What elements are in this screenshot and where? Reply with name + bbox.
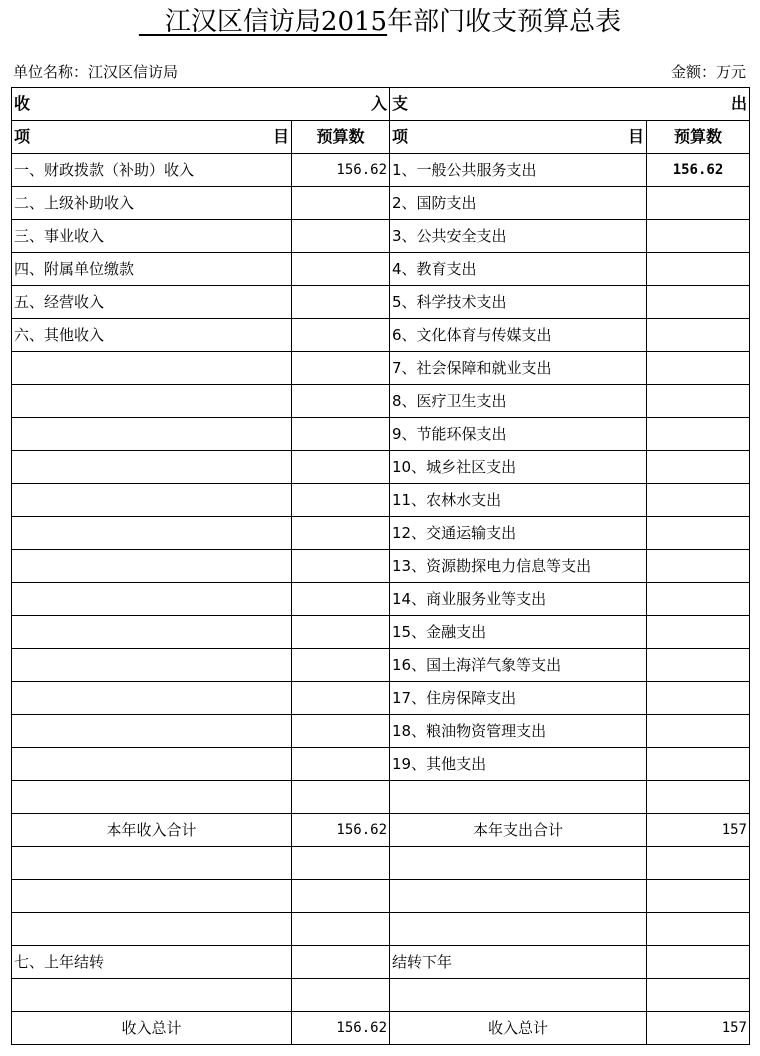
table-row: 15、金融支出 bbox=[12, 616, 750, 649]
expense-item: 1、一般公共服务支出 bbox=[390, 154, 647, 187]
income-item bbox=[12, 781, 292, 814]
expense-item: 14、商业服务业等支出 bbox=[390, 583, 647, 616]
income-value bbox=[292, 187, 390, 220]
expense-value bbox=[647, 748, 750, 781]
expense-value bbox=[647, 715, 750, 748]
expense-value bbox=[647, 583, 750, 616]
blank-row bbox=[12, 913, 750, 946]
carryover-row: 七、上年结转结转下年 bbox=[12, 946, 750, 979]
income-item bbox=[12, 550, 292, 583]
blank-cell bbox=[647, 880, 750, 913]
grand-total-row: 收入总计156.62收入总计157 bbox=[12, 1012, 750, 1045]
blank-cell bbox=[12, 880, 292, 913]
next-year-carryover-label: 结转下年 bbox=[390, 946, 647, 979]
expense-item: 11、农林水支出 bbox=[390, 484, 647, 517]
income-item bbox=[12, 748, 292, 781]
income-item bbox=[12, 418, 292, 451]
page-title: 江汉区信访局2015年部门收支预算总表 bbox=[0, 4, 760, 40]
year-total-row: 本年收入合计156.62本年支出合计157 bbox=[12, 814, 750, 847]
income-section-header: 收入 bbox=[12, 88, 390, 121]
blank-cell bbox=[390, 913, 647, 946]
income-value bbox=[292, 286, 390, 319]
expense-item: 15、金融支出 bbox=[390, 616, 647, 649]
prior-year-carryover-value bbox=[292, 946, 390, 979]
expense-item: 5、科学技术支出 bbox=[390, 286, 647, 319]
expense-item: 4、教育支出 bbox=[390, 253, 647, 286]
income-value bbox=[292, 451, 390, 484]
income-item bbox=[12, 385, 292, 418]
income-value: 156.62 bbox=[292, 154, 390, 187]
income-value bbox=[292, 253, 390, 286]
income-value bbox=[292, 748, 390, 781]
blank-cell bbox=[292, 913, 390, 946]
expense-item: 12、交通运输支出 bbox=[390, 517, 647, 550]
blank-cell bbox=[292, 847, 390, 880]
income-item bbox=[12, 583, 292, 616]
table-row: 18、粮油物资管理支出 bbox=[12, 715, 750, 748]
expense-item: 7、社会保障和就业支出 bbox=[390, 352, 647, 385]
amount-unit: 金额：万元 bbox=[671, 62, 746, 82]
income-item bbox=[12, 484, 292, 517]
income-budget-header: 预算数 bbox=[292, 121, 390, 154]
expense-item bbox=[390, 781, 647, 814]
grand-expense-total-label: 收入总计 bbox=[390, 1012, 647, 1045]
prior-year-carryover-label: 七、上年结转 bbox=[12, 946, 292, 979]
expense-item: 2、国防支出 bbox=[390, 187, 647, 220]
blank-cell bbox=[12, 979, 292, 1012]
income-value bbox=[292, 484, 390, 517]
expense-value bbox=[647, 286, 750, 319]
blank-cell bbox=[647, 979, 750, 1012]
income-value bbox=[292, 418, 390, 451]
expense-value bbox=[647, 418, 750, 451]
year-income-total-label: 本年收入合计 bbox=[12, 814, 292, 847]
blank-cell bbox=[647, 913, 750, 946]
income-value bbox=[292, 319, 390, 352]
expense-item-header: 项目 bbox=[390, 121, 647, 154]
income-item bbox=[12, 616, 292, 649]
income-value bbox=[292, 517, 390, 550]
income-item: 一、财政拨款（补助）收入 bbox=[12, 154, 292, 187]
table-row: 14、商业服务业等支出 bbox=[12, 583, 750, 616]
expense-item: 18、粮油物资管理支出 bbox=[390, 715, 647, 748]
income-item bbox=[12, 649, 292, 682]
table-row: 六、其他收入6、文化体育与传媒支出 bbox=[12, 319, 750, 352]
section-header-row: 收入 支出 bbox=[12, 88, 750, 121]
table-row: 一、财政拨款（补助）收入156.621、一般公共服务支出156.62 bbox=[12, 154, 750, 187]
table-row: 12、交通运输支出 bbox=[12, 517, 750, 550]
unit-name: 单位名称：江汉区信访局 bbox=[13, 62, 178, 82]
expense-value bbox=[647, 451, 750, 484]
budget-table: 收入 支出 项目 预算数 项目 预算数 一、财政拨款（补助）收入156.621、… bbox=[11, 87, 750, 1045]
expense-value bbox=[647, 649, 750, 682]
table-row: 7、社会保障和就业支出 bbox=[12, 352, 750, 385]
blank-row bbox=[12, 880, 750, 913]
table-row: 10、城乡社区支出 bbox=[12, 451, 750, 484]
income-item: 三、事业收入 bbox=[12, 220, 292, 253]
expense-item: 17、住房保障支出 bbox=[390, 682, 647, 715]
expense-item: 3、公共安全支出 bbox=[390, 220, 647, 253]
expense-budget-header: 预算数 bbox=[647, 121, 750, 154]
grand-income-total-value: 156.62 bbox=[292, 1012, 390, 1045]
income-item: 四、附属单位缴款 bbox=[12, 253, 292, 286]
expense-value bbox=[647, 616, 750, 649]
blank-row bbox=[12, 847, 750, 880]
income-item-header: 项目 bbox=[12, 121, 292, 154]
income-value bbox=[292, 781, 390, 814]
expense-value bbox=[647, 484, 750, 517]
income-item: 二、上级补助收入 bbox=[12, 187, 292, 220]
income-item bbox=[12, 715, 292, 748]
expense-value bbox=[647, 253, 750, 286]
blank-cell bbox=[12, 913, 292, 946]
table-row: 13、资源勘探电力信息等支出 bbox=[12, 550, 750, 583]
expense-item: 13、资源勘探电力信息等支出 bbox=[390, 550, 647, 583]
income-value bbox=[292, 616, 390, 649]
expense-value bbox=[647, 385, 750, 418]
blank-cell bbox=[647, 847, 750, 880]
income-value bbox=[292, 550, 390, 583]
table-row bbox=[12, 781, 750, 814]
expense-section-header: 支出 bbox=[390, 88, 750, 121]
income-value bbox=[292, 682, 390, 715]
blank-cell bbox=[390, 979, 647, 1012]
table-row: 四、附属单位缴款4、教育支出 bbox=[12, 253, 750, 286]
expense-value bbox=[647, 517, 750, 550]
income-item: 五、经营收入 bbox=[12, 286, 292, 319]
grand-income-total-label: 收入总计 bbox=[12, 1012, 292, 1045]
next-year-carryover-value bbox=[647, 946, 750, 979]
table-row: 二、上级补助收入2、国防支出 bbox=[12, 187, 750, 220]
income-value bbox=[292, 352, 390, 385]
expense-value bbox=[647, 187, 750, 220]
expense-item: 19、其他支出 bbox=[390, 748, 647, 781]
blank-cell bbox=[12, 847, 292, 880]
table-row: 11、农林水支出 bbox=[12, 484, 750, 517]
table-row: 五、经营收入5、科学技术支出 bbox=[12, 286, 750, 319]
expense-value bbox=[647, 682, 750, 715]
blank-row bbox=[12, 979, 750, 1012]
expense-item: 16、国土海洋气象等支出 bbox=[390, 649, 647, 682]
expense-item: 9、节能环保支出 bbox=[390, 418, 647, 451]
expense-value: 156.62 bbox=[647, 154, 750, 187]
table-row: 9、节能环保支出 bbox=[12, 418, 750, 451]
income-item: 六、其他收入 bbox=[12, 319, 292, 352]
income-item bbox=[12, 682, 292, 715]
year-expense-total-label: 本年支出合计 bbox=[390, 814, 647, 847]
blank-cell bbox=[390, 880, 647, 913]
blank-cell bbox=[292, 979, 390, 1012]
expense-item: 8、医疗卫生支出 bbox=[390, 385, 647, 418]
income-value bbox=[292, 649, 390, 682]
income-value bbox=[292, 715, 390, 748]
year-expense-total-value: 157 bbox=[647, 814, 750, 847]
table-row: 19、其他支出 bbox=[12, 748, 750, 781]
year-income-total-value: 156.62 bbox=[292, 814, 390, 847]
blank-cell bbox=[390, 847, 647, 880]
table-row: 16、国土海洋气象等支出 bbox=[12, 649, 750, 682]
expense-value bbox=[647, 220, 750, 253]
income-value bbox=[292, 385, 390, 418]
income-item bbox=[12, 352, 292, 385]
blank-cell bbox=[292, 880, 390, 913]
expense-value bbox=[647, 550, 750, 583]
table-row: 三、事业收入3、公共安全支出 bbox=[12, 220, 750, 253]
income-item bbox=[12, 517, 292, 550]
expense-value bbox=[647, 352, 750, 385]
income-value bbox=[292, 583, 390, 616]
table-row: 17、住房保障支出 bbox=[12, 682, 750, 715]
expense-item: 10、城乡社区支出 bbox=[390, 451, 647, 484]
title-underlined-part: 江汉区信访局2015 bbox=[139, 7, 387, 37]
expense-value bbox=[647, 781, 750, 814]
income-item bbox=[12, 451, 292, 484]
column-header-row: 项目 预算数 项目 预算数 bbox=[12, 121, 750, 154]
title-rest: 年部门收支预算总表 bbox=[387, 7, 621, 37]
table-row: 8、医疗卫生支出 bbox=[12, 385, 750, 418]
income-value bbox=[292, 220, 390, 253]
expense-value bbox=[647, 319, 750, 352]
expense-item: 6、文化体育与传媒支出 bbox=[390, 319, 647, 352]
grand-expense-total-value: 157 bbox=[647, 1012, 750, 1045]
